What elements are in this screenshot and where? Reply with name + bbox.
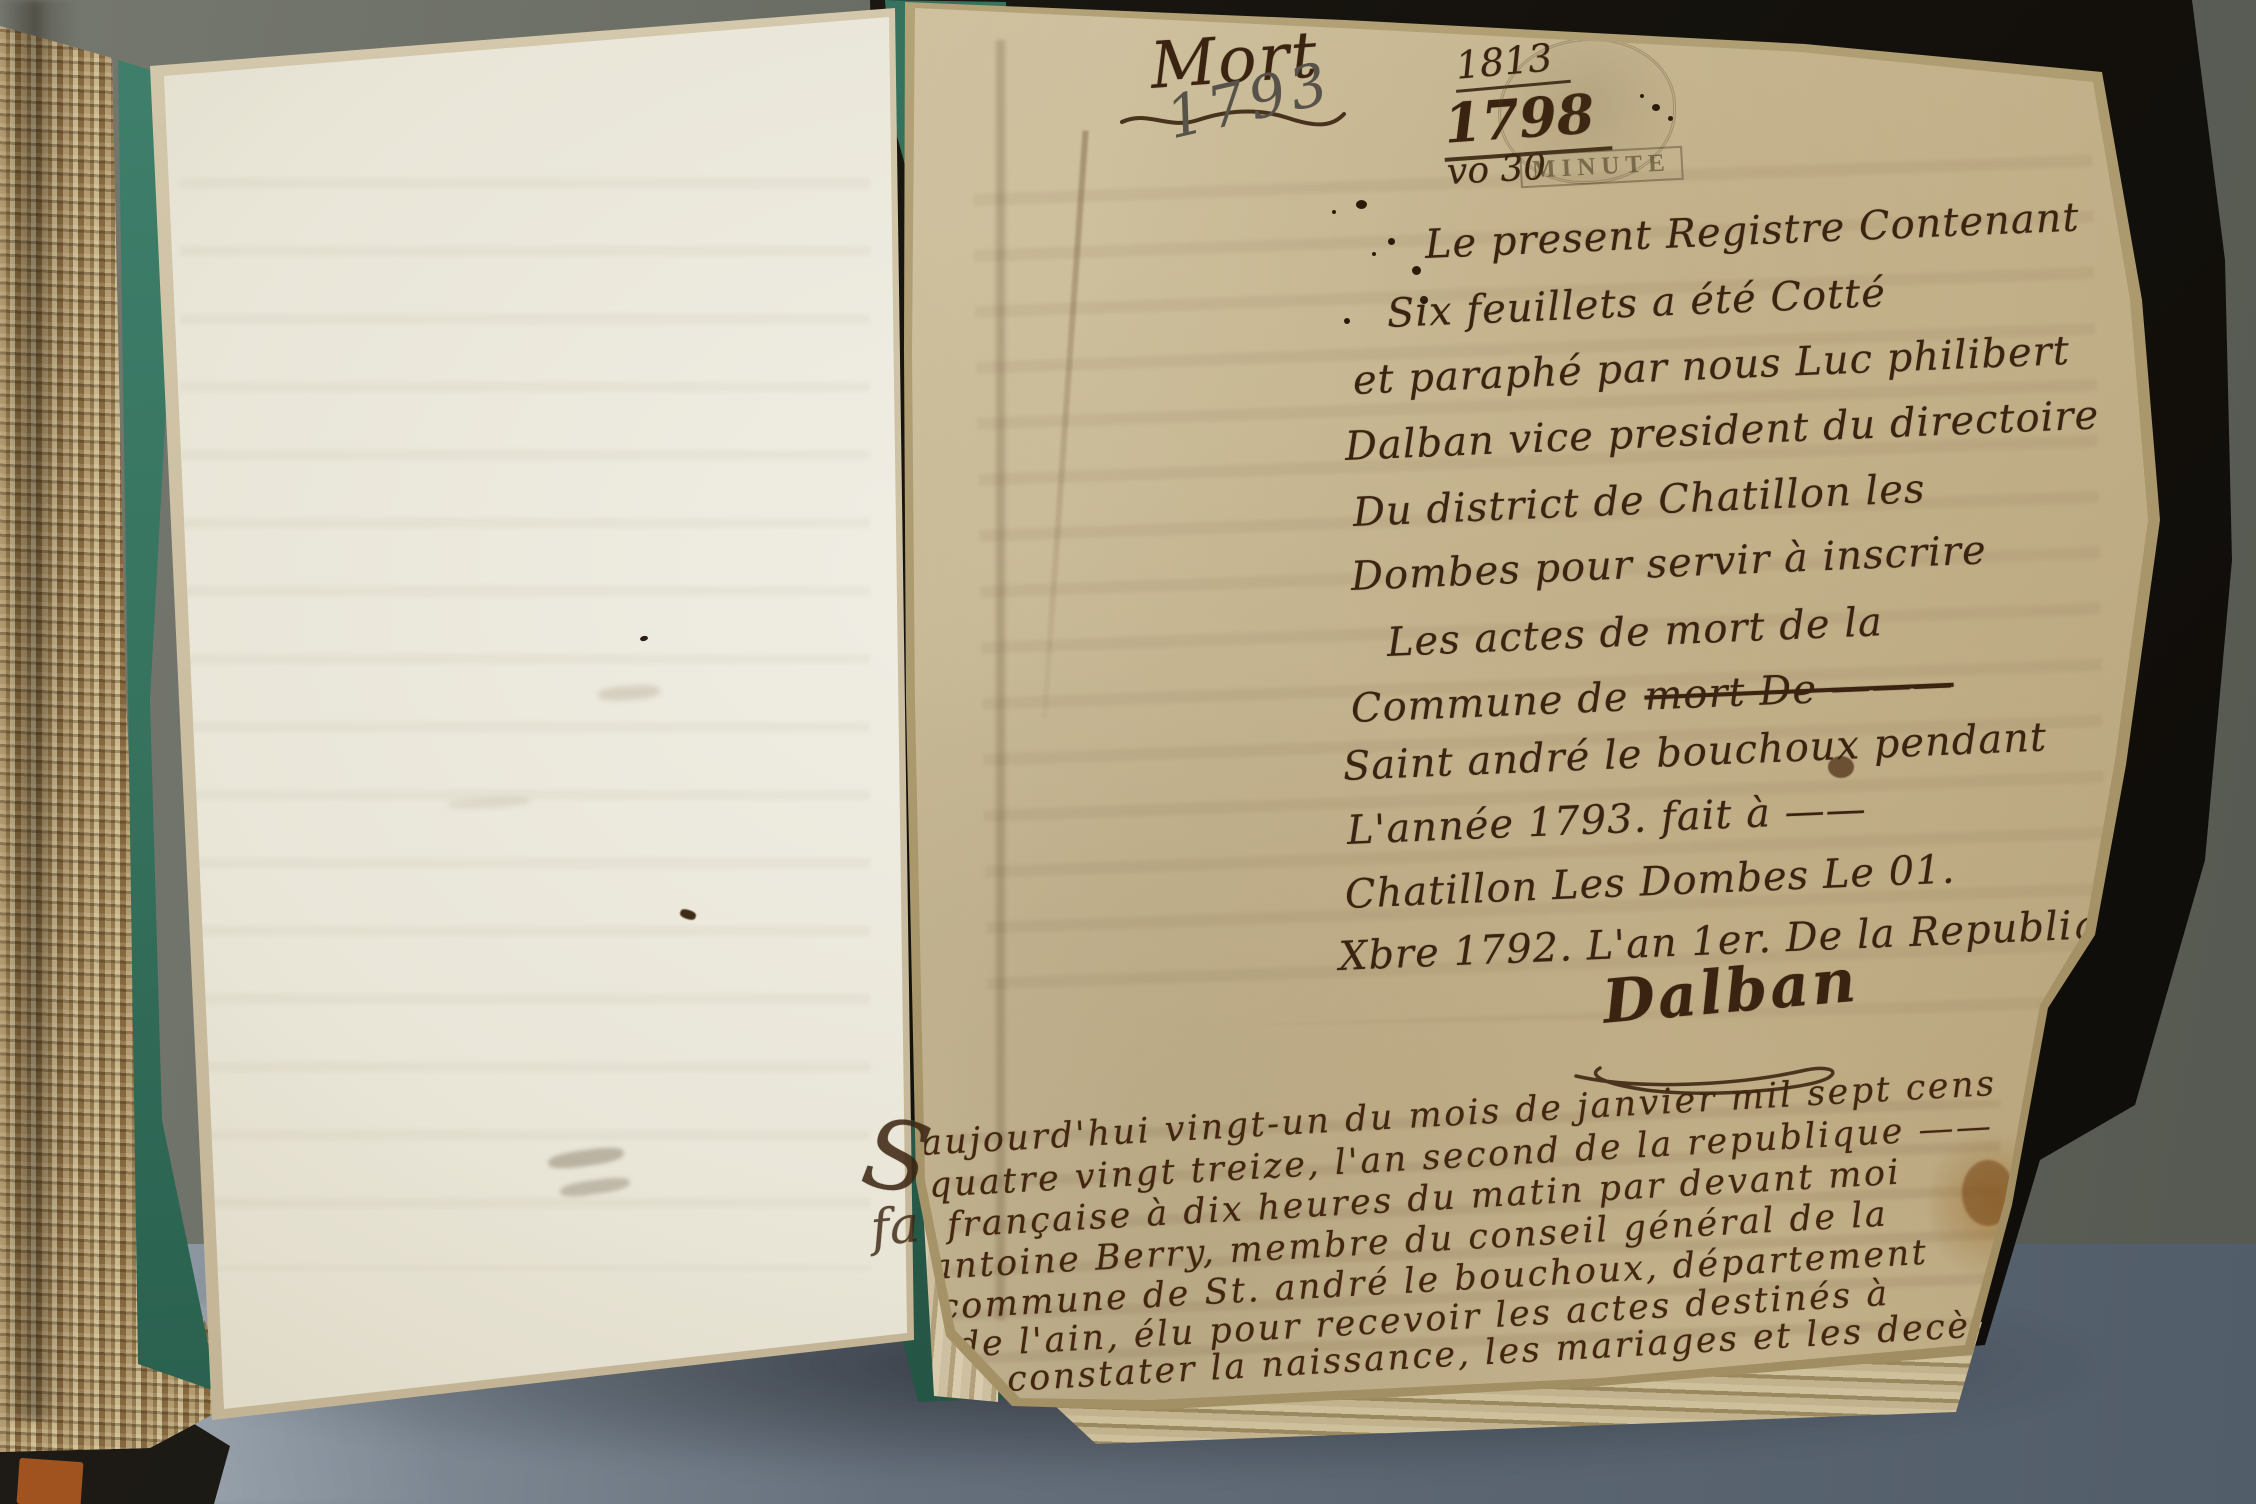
ink-splatter [1332, 210, 1336, 214]
ink-splatter [1372, 252, 1376, 256]
ink-splatter [1412, 266, 1421, 275]
register-note-line: Dombes pour servir à inscrire [1350, 527, 1988, 600]
register-note-line: Les actes de mort de la [1386, 599, 1884, 666]
faint-showthrough-digits [559, 1175, 630, 1199]
struck-out-words: mort De ——— [1643, 661, 1954, 720]
ink-blot [679, 908, 697, 922]
ink-splatter [1356, 200, 1367, 209]
register-note-line: et paraphé par nous Luc philibert [1352, 328, 2071, 404]
left-page-showthrough [180, 120, 870, 1270]
faint-showthrough-mark [598, 684, 661, 702]
paper-crease [1041, 131, 1088, 720]
minute-stamp-label: MINUTE [1519, 146, 1683, 188]
register-note-line: L'année 1793. fait à —— [1346, 786, 1867, 854]
register-note-line: Le present Registre Contenant [1424, 195, 2080, 268]
faint-showthrough-digits [547, 1145, 624, 1171]
register-note-line: Six feuillets a été Cotté [1386, 270, 1887, 337]
gutter-shadow [0, 0, 78, 1420]
ink-splatter [1388, 238, 1395, 245]
margin-paraph-mark: fa [868, 1195, 922, 1258]
photo-scene: Mort 1793 1813 1798 vo 30 MINUTE Le pres… [0, 0, 2256, 1504]
cover-spine-accent [16, 1458, 83, 1504]
register-note-line: Dalban vice president du directoire [1344, 392, 2100, 470]
register-note-line: Chatillon Les Dombes Le 01. [1344, 846, 1956, 918]
faint-showthrough-mark [448, 796, 530, 810]
ink-blot [640, 635, 649, 642]
register-note-line: Du district de Chatillon les [1352, 466, 1926, 536]
ink-splatter [1344, 318, 1350, 324]
register-note-line: Commune de [1350, 674, 1629, 732]
